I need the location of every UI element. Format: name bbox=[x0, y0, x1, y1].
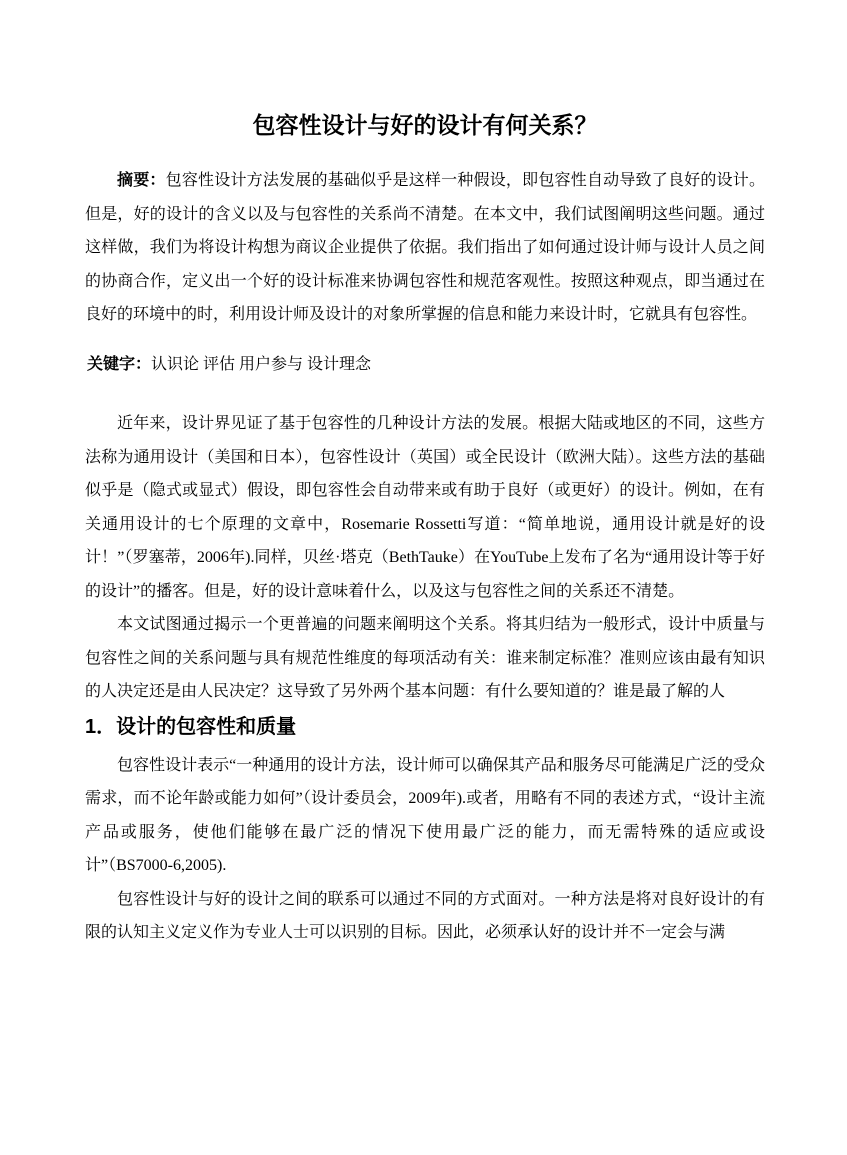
intro-paragraph-2: 本文试图通过揭示一个更普遍的问题来阐明这个关系。将其归结为一般形式，设计中质量与… bbox=[85, 608, 765, 709]
keywords-text: 认识论 评估 用户参与 设计理念 bbox=[151, 356, 371, 373]
abstract-label: 摘要： bbox=[117, 172, 166, 189]
abstract-text: 包容性设计方法发展的基础似乎是这样一种假设，即包容性自动导致了良好的设计。但是，… bbox=[85, 172, 765, 323]
keywords-line: 关键字：认识论 评估 用户参与 设计理念 bbox=[85, 348, 765, 382]
section-1-paragraph-2: 包容性设计与好的设计之间的联系可以通过不同的方式面对。一种方法是将对良好设计的有… bbox=[85, 883, 765, 950]
abstract-paragraph: 摘要：包容性设计方法发展的基础似乎是这样一种假设，即包容性自动导致了良好的设计。… bbox=[85, 164, 765, 332]
section-1-paragraph-1: 包容性设计表示“一种通用的设计方法，设计师可以确保其产品和服务尽可能满足广泛的受… bbox=[85, 749, 765, 883]
keywords-label: 关键字： bbox=[87, 356, 151, 373]
document-page: 包容性设计与好的设计有何关系？ 摘要：包容性设计方法发展的基础似乎是这样一种假设… bbox=[0, 0, 847, 1155]
intro-paragraph-1: 近年来，设计界见证了基于包容性的几种设计方法的发展。根据大陆或地区的不同，这些方… bbox=[85, 407, 765, 608]
paper-title: 包容性设计与好的设计有何关系？ bbox=[85, 108, 765, 142]
section-1-heading: 1．设计的包容性和质量 bbox=[85, 712, 765, 742]
